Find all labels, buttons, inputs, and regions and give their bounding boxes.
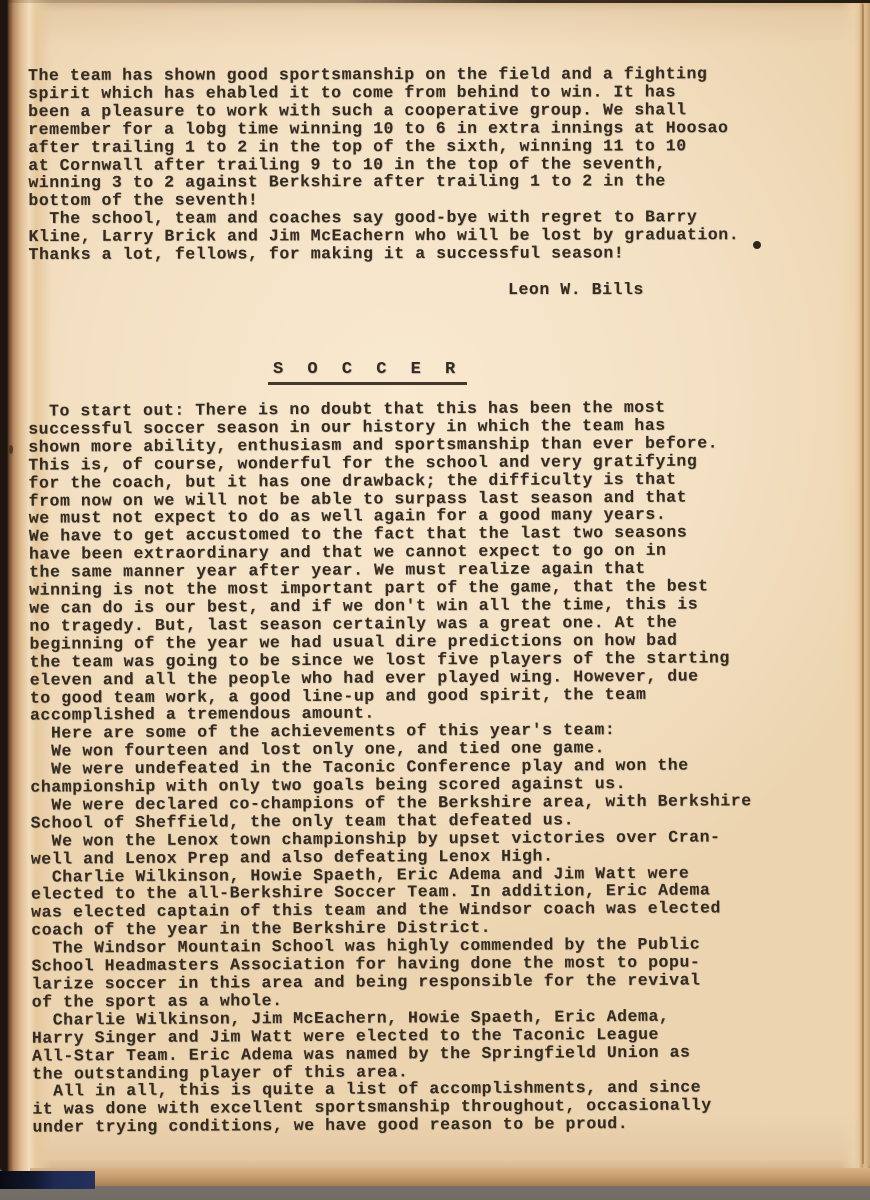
page-top-edge-line — [0, 0, 870, 3]
page-block-bottom-edge — [30, 1168, 870, 1186]
coach-signature: Leon W. Bills — [508, 281, 644, 299]
page-right-edge-crease — [862, 4, 864, 1164]
soccer-section-heading: S O C C E R — [268, 360, 467, 385]
book-page: The team has shown good sportsmanship on… — [0, 0, 870, 1171]
baseball-closing-paragraphs: The team has shown good sportsmanship on… — [28, 65, 739, 264]
book-cover-edge — [0, 1171, 95, 1189]
soccer-section-paragraphs: To start out: There is no doubt that thi… — [28, 398, 754, 1137]
ink-speck — [9, 445, 13, 454]
ink-speck — [753, 241, 761, 249]
book-scan-photo: The team has shown good sportsmanship on… — [0, 0, 870, 1200]
